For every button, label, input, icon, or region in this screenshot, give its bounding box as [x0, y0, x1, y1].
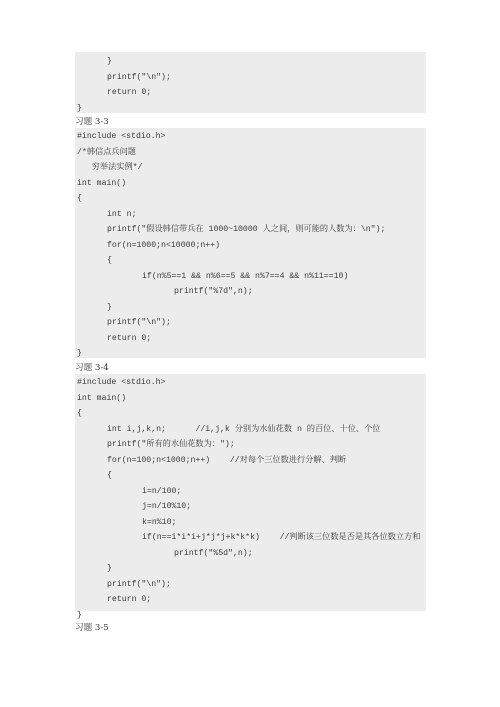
- code-block-3-4: #include <stdio.h>int main(){int i,j,k,n…: [75, 374, 426, 611]
- code-line: return 0;: [107, 88, 151, 98]
- code-line: if(n==i*i*i+j*j*j+k*k*k) //判断该三位数是否是其各位数…: [142, 533, 420, 543]
- code-line: }: [107, 57, 112, 67]
- code-line: int main(): [77, 394, 126, 404]
- code-line: int main(): [77, 179, 126, 189]
- code-line: k=n%10;: [142, 518, 176, 528]
- code-line: return 0;: [107, 595, 151, 605]
- code-line: int i,j,k,n; //i,j,k 分别为水仙花数 n 的百位、十位、个位: [107, 425, 381, 435]
- code-line: {: [107, 256, 112, 266]
- code-line: for(n=100;n<1000;n++) //对每个三位数进行分解、判断: [107, 456, 346, 466]
- code-line: printf("假设韩信带兵在 1000~10000 人之间，则可能的人数为：\…: [107, 225, 385, 235]
- code-line: }: [77, 611, 82, 621]
- code-line: printf("\n");: [107, 580, 171, 590]
- code-line: if(n%5==1 && n%6==5 && n%7==4 && n%11==1…: [142, 272, 348, 282]
- code-line: }: [77, 104, 82, 114]
- code-line: #include <stdio.h>: [77, 378, 165, 388]
- code-line: }: [107, 564, 112, 574]
- code-block-3-3: #include <stdio.h>/*韩信点兵问题 穷举法实例*/int ma…: [75, 128, 426, 358]
- code-line: int n;: [107, 210, 136, 220]
- exercise-title-3-4: 习题 3-4: [75, 363, 109, 373]
- code-line: {: [107, 471, 112, 481]
- code-line: }: [107, 303, 112, 313]
- code-line: printf("\n");: [107, 318, 171, 328]
- code-line: return 0;: [107, 334, 151, 344]
- code-line: for(n=1000;n<10000;n++): [107, 241, 220, 251]
- code-line: i=n/100;: [142, 487, 181, 497]
- exercise-title-3-5: 习题 3-5: [75, 623, 109, 633]
- code-line: /*韩信点兵问题: [77, 148, 136, 158]
- code-line: {: [77, 194, 82, 204]
- code-line: printf("所有的水仙花数为：");: [107, 440, 235, 450]
- code-line: j=n/10%10;: [142, 502, 191, 512]
- code-line: }: [77, 349, 82, 359]
- code-line: 穷举法实例*/: [77, 163, 143, 173]
- code-line: printf("\n");: [107, 73, 171, 83]
- code-block-3-2-tail: }printf("\n");return 0;}: [75, 52, 426, 113]
- code-line: printf("%7d",n);: [174, 287, 253, 297]
- code-line: #include <stdio.h>: [77, 132, 165, 142]
- code-line: printf("%5d",n);: [174, 549, 253, 559]
- exercise-title-3-3: 习题 3-3: [75, 117, 109, 127]
- code-line: {: [77, 409, 82, 419]
